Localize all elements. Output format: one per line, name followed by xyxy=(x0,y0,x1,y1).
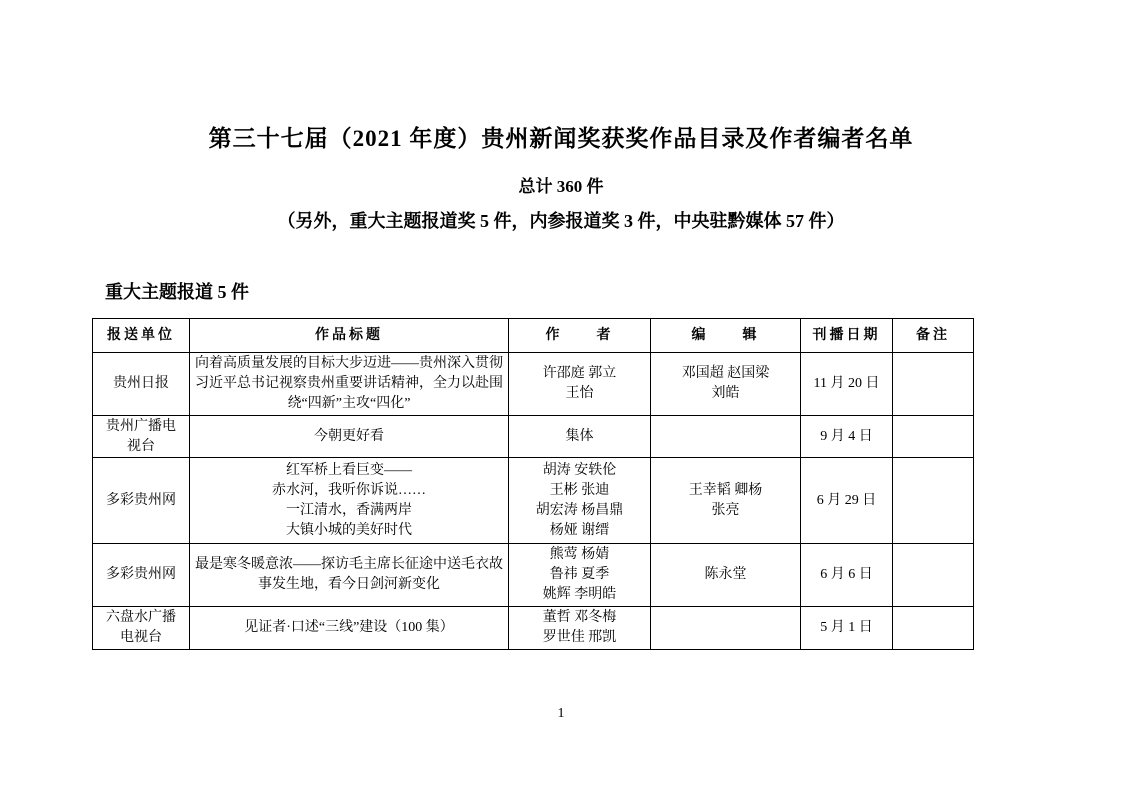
editors-cell: 王幸韬 卿杨 张亮 xyxy=(651,458,801,544)
editors-cell xyxy=(651,415,801,458)
section-heading: 重大主题报道 5 件 xyxy=(105,278,249,304)
editors-cell: 陈永堂 xyxy=(651,544,801,607)
unit-cell: 多彩贵州网 xyxy=(93,458,190,544)
document-page: { "header": { "title": "第三十七届（2021 年度）贵州… xyxy=(0,0,1122,793)
table-row: 六盘水广播 电视台见证者·口述“三线”建设（100 集）董哲 邓冬梅 罗世佳 邢… xyxy=(93,607,974,650)
table-header-row: 报送单位作品标题作 者编 辑刊播日期备注 xyxy=(93,319,974,353)
table-header-cell: 作品标题 xyxy=(190,319,509,353)
table-row: 贵州广播电 视台今朝更好看集体9 月 4 日 xyxy=(93,415,974,458)
additional-awards-note: （另外，重大主题报道奖 5 件，内参报道奖 3 件，中央驻黔媒体 57 件） xyxy=(0,207,1122,233)
note-cell xyxy=(893,458,974,544)
date-cell: 9 月 4 日 xyxy=(801,415,893,458)
authors-cell: 许邵庭 郭立 王怡 xyxy=(509,353,651,416)
title-cell: 最是寒冬暖意浓——探访毛主席长征途中送毛衣故事发生地，看今日剑河新变化 xyxy=(190,544,509,607)
table-header-cell: 编 辑 xyxy=(651,319,801,353)
authors-cell: 集体 xyxy=(509,415,651,458)
table-row: 多彩贵州网红军桥上看巨变—— 赤水河，我听你诉说…… 一江清水，香满两岸 大镇小… xyxy=(93,458,974,544)
unit-cell: 贵州广播电 视台 xyxy=(93,415,190,458)
title-cell: 见证者·口述“三线”建设（100 集） xyxy=(190,607,509,650)
authors-cell: 董哲 邓冬梅 罗世佳 邢凯 xyxy=(509,607,651,650)
total-count-line: 总计 360 件 xyxy=(0,172,1122,197)
date-cell: 5 月 1 日 xyxy=(801,607,893,650)
awards-table: 报送单位作品标题作 者编 辑刊播日期备注 贵州日报向着高质量发展的目标大步迈进—… xyxy=(92,318,974,650)
note-cell xyxy=(893,544,974,607)
title-cell: 红军桥上看巨变—— 赤水河，我听你诉说…… 一江清水，香满两岸 大镇小城的美好时… xyxy=(190,458,509,544)
note-cell xyxy=(893,607,974,650)
unit-cell: 多彩贵州网 xyxy=(93,544,190,607)
note-cell xyxy=(893,415,974,458)
table-header-cell: 报送单位 xyxy=(93,319,190,353)
note-cell xyxy=(893,353,974,416)
table-header-cell: 备注 xyxy=(893,319,974,353)
unit-cell: 六盘水广播 电视台 xyxy=(93,607,190,650)
unit-cell: 贵州日报 xyxy=(93,353,190,416)
title-cell: 今朝更好看 xyxy=(190,415,509,458)
table-header-cell: 作 者 xyxy=(509,319,651,353)
authors-cell: 胡涛 安轶伦 王彬 张迪 胡宏涛 杨昌鼎 杨娅 谢缙 xyxy=(509,458,651,544)
date-cell: 6 月 29 日 xyxy=(801,458,893,544)
editors-cell xyxy=(651,607,801,650)
page-number: 1 xyxy=(0,706,1122,722)
document-title: 第三十七届（2021 年度）贵州新闻奖获奖作品目录及作者编者名单 xyxy=(0,120,1122,153)
authors-cell: 熊莺 杨婧 鲁祎 夏季 姚辉 李明皓 xyxy=(509,544,651,607)
title-cell: 向着高质量发展的目标大步迈进——贵州深入贯彻习近平总书记视察贵州重要讲话精神，全… xyxy=(190,353,509,416)
table-row: 多彩贵州网最是寒冬暖意浓——探访毛主席长征途中送毛衣故事发生地，看今日剑河新变化… xyxy=(93,544,974,607)
date-cell: 11 月 20 日 xyxy=(801,353,893,416)
date-cell: 6 月 6 日 xyxy=(801,544,893,607)
editors-cell: 邓国超 赵国梁 刘皓 xyxy=(651,353,801,416)
table-row: 贵州日报向着高质量发展的目标大步迈进——贵州深入贯彻习近平总书记视察贵州重要讲话… xyxy=(93,353,974,416)
table-header-cell: 刊播日期 xyxy=(801,319,893,353)
